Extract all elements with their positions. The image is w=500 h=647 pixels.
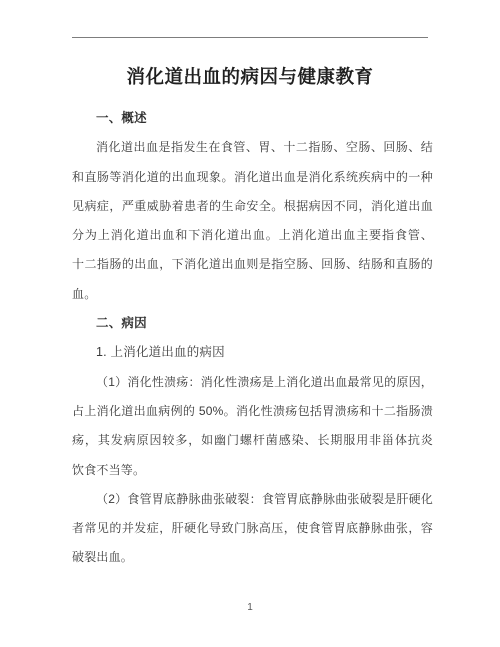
paragraph-line: （2）食管胃底静脉曲张破裂：食管胃底静脉曲张破裂是肝硬化患 (72, 485, 433, 514)
paragraph-line: 占上消化道出血病例的 50%。消化性溃疡包括胃溃疡和十二指肠溃 (72, 397, 433, 426)
paragraph-line: 和直肠等消化道的出血现象。消化道出血是消化系统疾病中的一种常 (72, 163, 433, 192)
paragraph-line: 血。 (72, 280, 433, 309)
paragraph-line: （1）消化性溃疡：消化性溃疡是上消化道出血最常见的原因，约 (72, 368, 433, 397)
section-heading: 一、概述 (72, 104, 433, 133)
section-subheading: 1. 上消化道出血的病因 (72, 338, 433, 367)
paragraph-line: 分为上消化道出血和下消化道出血。上消化道出血主要指食管、胃、 (72, 221, 433, 250)
document-title: 消化道出血的病因与健康教育 (0, 62, 500, 92)
paragraph-line: 破裂出血。 (72, 543, 433, 572)
header-rule (72, 37, 428, 38)
paragraph-line: 消化道出血是指发生在食管、胃、十二指肠、空肠、回肠、结肠 (72, 133, 433, 162)
section-heading: 二、病因 (72, 309, 433, 338)
paragraph-line: 饮食不当等。 (72, 456, 433, 485)
paragraph-line: 见病症，严重威胁着患者的生命安全。根据病因不同，消化道出血可 (72, 192, 433, 221)
paragraph-line: 者常见的并发症，肝硬化导致门脉高压，使食管胃底静脉曲张，容易 (72, 514, 433, 543)
document-page: 消化道出血的病因与健康教育 一、概述消化道出血是指发生在食管、胃、十二指肠、空肠… (0, 0, 500, 647)
page-number: 1 (0, 601, 500, 615)
paragraph-line: 疡，其发病原因较多，如幽门螺杆菌感染、长期服用非甾体抗炎药、 (72, 426, 433, 455)
document-body: 一、概述消化道出血是指发生在食管、胃、十二指肠、空肠、回肠、结肠和直肠等消化道的… (72, 104, 433, 573)
paragraph-line: 十二指肠的出血，下消化道出血则是指空肠、回肠、结肠和直肠的出 (72, 250, 433, 279)
